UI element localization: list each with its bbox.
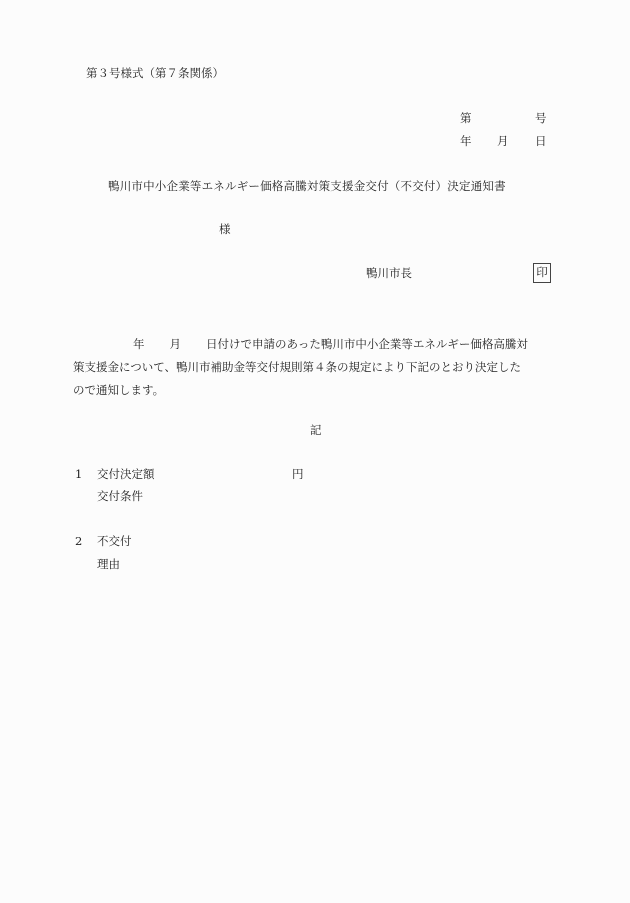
item-number-1: 1: [75, 469, 82, 481]
date-year: 年: [460, 136, 472, 148]
body-line-2: 策支援金について、鴨川市補助金等交付規則第４条の規定により下記のとおり決定した: [73, 356, 553, 379]
item-label-non-grant: 不交付: [97, 536, 132, 548]
issuer: 鴨川市長: [366, 268, 412, 280]
item-sublabel-conditions: 交付条件: [97, 491, 143, 503]
body-line1-rest: 日付けで申請のあった鴨川市中小企業等エネルギー価格高騰対: [206, 337, 528, 351]
body-line-3: ので通知します。: [73, 379, 553, 402]
yen-unit: 円: [292, 469, 304, 481]
item-sublabel-reason: 理由: [97, 559, 120, 571]
seal-label: 印: [536, 267, 548, 279]
date-day: 日: [535, 136, 547, 148]
item-label-grant-amount: 交付決定額: [97, 469, 155, 481]
body-year: 年: [133, 337, 145, 351]
seal-box: 印: [533, 263, 551, 283]
reference-dai: 第: [460, 113, 472, 125]
body-month: 月: [170, 337, 182, 351]
body-line-1: 年月日付けで申請のあった鴨川市中小企業等エネルギー価格高騰対: [73, 333, 553, 356]
reference-go: 号: [535, 113, 547, 125]
addressee-suffix: 様: [219, 224, 231, 236]
ki-heading: 記: [310, 425, 322, 437]
body-paragraph: 年月日付けで申請のあった鴨川市中小企業等エネルギー価格高騰対 策支援金について、…: [73, 333, 553, 402]
document-title: 鴨川市中小企業等エネルギー価格高騰対策支援金交付（不交付）決定通知書: [108, 181, 506, 193]
date-month: 月: [497, 136, 509, 148]
form-number: 第３号様式（第７条関係）: [86, 68, 224, 80]
item-number-2: 2: [75, 536, 82, 548]
